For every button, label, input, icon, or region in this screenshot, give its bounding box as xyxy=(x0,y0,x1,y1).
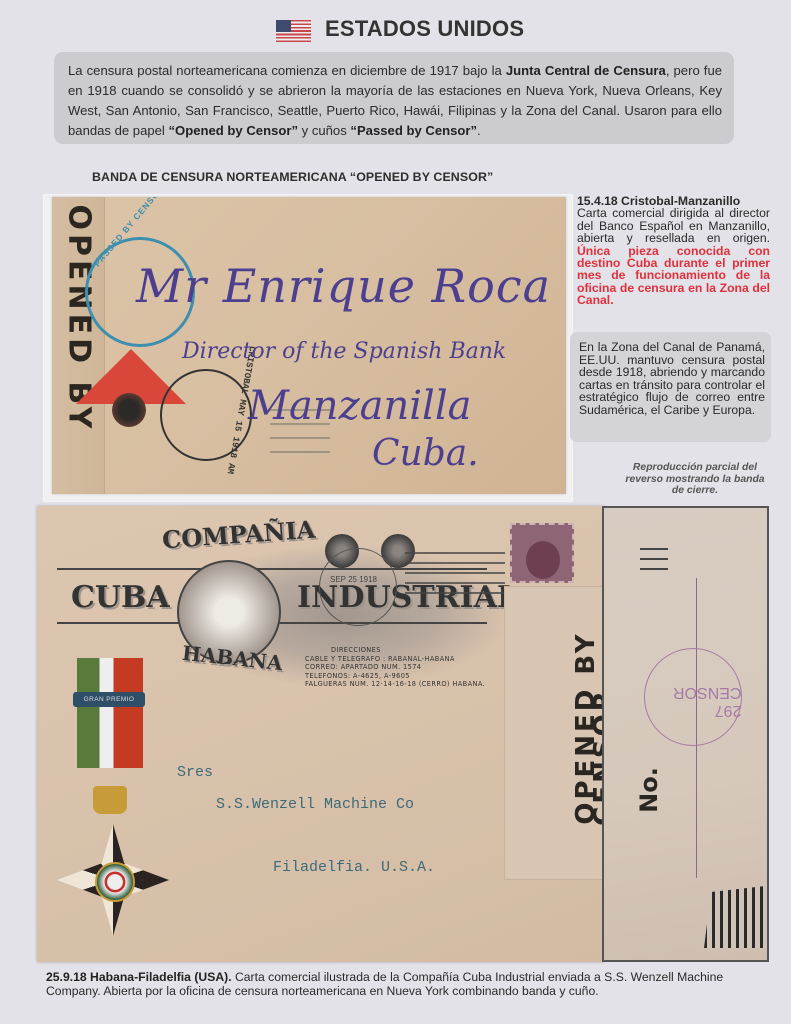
reverse-note: Reproducción parcial del reverso mostran… xyxy=(620,462,770,497)
cancel-line xyxy=(405,552,505,554)
censor-stamp: 297 CENSOR xyxy=(644,648,742,746)
typed-recipient: S.S.Wenzell Machine Co xyxy=(216,796,414,813)
cancel-line xyxy=(270,437,330,439)
page-title: ESTADOS UNIDOS xyxy=(325,16,524,42)
cancel-line xyxy=(405,572,505,574)
cover1-description: 15.4.18 Cristobal-Manzanillo Carta comer… xyxy=(577,195,770,307)
cancel-line xyxy=(270,451,330,453)
typed-destination: Filadelfia. U.S.A. xyxy=(273,859,435,876)
stamp-vignette xyxy=(112,393,146,427)
cover2-reverse: 297 CENSOR No. xyxy=(602,506,769,962)
crown-icon xyxy=(93,786,127,814)
canal-zone-note: En la Zona del Canal de Panamá, EE.UU. m… xyxy=(570,332,771,442)
cover1-envelope: OPENED BY PASSED BY CENSOR CRISTOBAL MAY… xyxy=(52,197,566,494)
cover2-caption: 25.9.18 Habana-Filadelfia (USA). Carta c… xyxy=(46,970,746,998)
cancel-line xyxy=(405,562,505,564)
cancel-line xyxy=(405,582,505,584)
intro-box: La censura postal norteamericana comienz… xyxy=(54,52,734,144)
address-line-4: Cuba. xyxy=(372,433,479,474)
address-line-3: Manzanilla xyxy=(248,383,471,429)
section-title: BANDA DE CENSURA NORTEAMERICANA “OPENED … xyxy=(92,170,493,184)
cuba-3c-stamp xyxy=(510,523,574,583)
cancel-line xyxy=(405,592,505,594)
medal-ribbon xyxy=(77,658,143,768)
building-illustration xyxy=(704,878,769,948)
cancel-line xyxy=(640,548,668,550)
cancel-line xyxy=(640,558,668,560)
band-number-label: No. xyxy=(635,767,663,813)
censor-band-edge: OPENED BY xyxy=(52,197,105,494)
address-line-1: Mr Enrique Roca xyxy=(136,259,551,313)
habana-postmark: SEP 25 1918 xyxy=(319,548,397,626)
typed-salutation: Sres xyxy=(177,764,213,781)
company-name-left: CUBA xyxy=(71,580,170,615)
us-flag-icon xyxy=(276,20,311,42)
cristobal-postmark: CRISTOBAL MAY 15 1918 AM xyxy=(160,369,252,461)
cover1-highlight: Única pieza conocida con destino Cuba du… xyxy=(577,244,770,308)
gran-premio-bar: GRAN PREMIO xyxy=(73,692,145,707)
cancel-line xyxy=(640,568,668,570)
censor-band-text: OPENED BY xyxy=(62,205,97,495)
medal-cross-icon xyxy=(95,862,135,902)
address-line-2: Director of the Spanish Bank xyxy=(182,339,506,364)
letterhead-rule xyxy=(57,568,487,570)
company-directions: DIRECCIONES CABLE Y TELEGRAFO : RABANAL-… xyxy=(305,646,485,689)
